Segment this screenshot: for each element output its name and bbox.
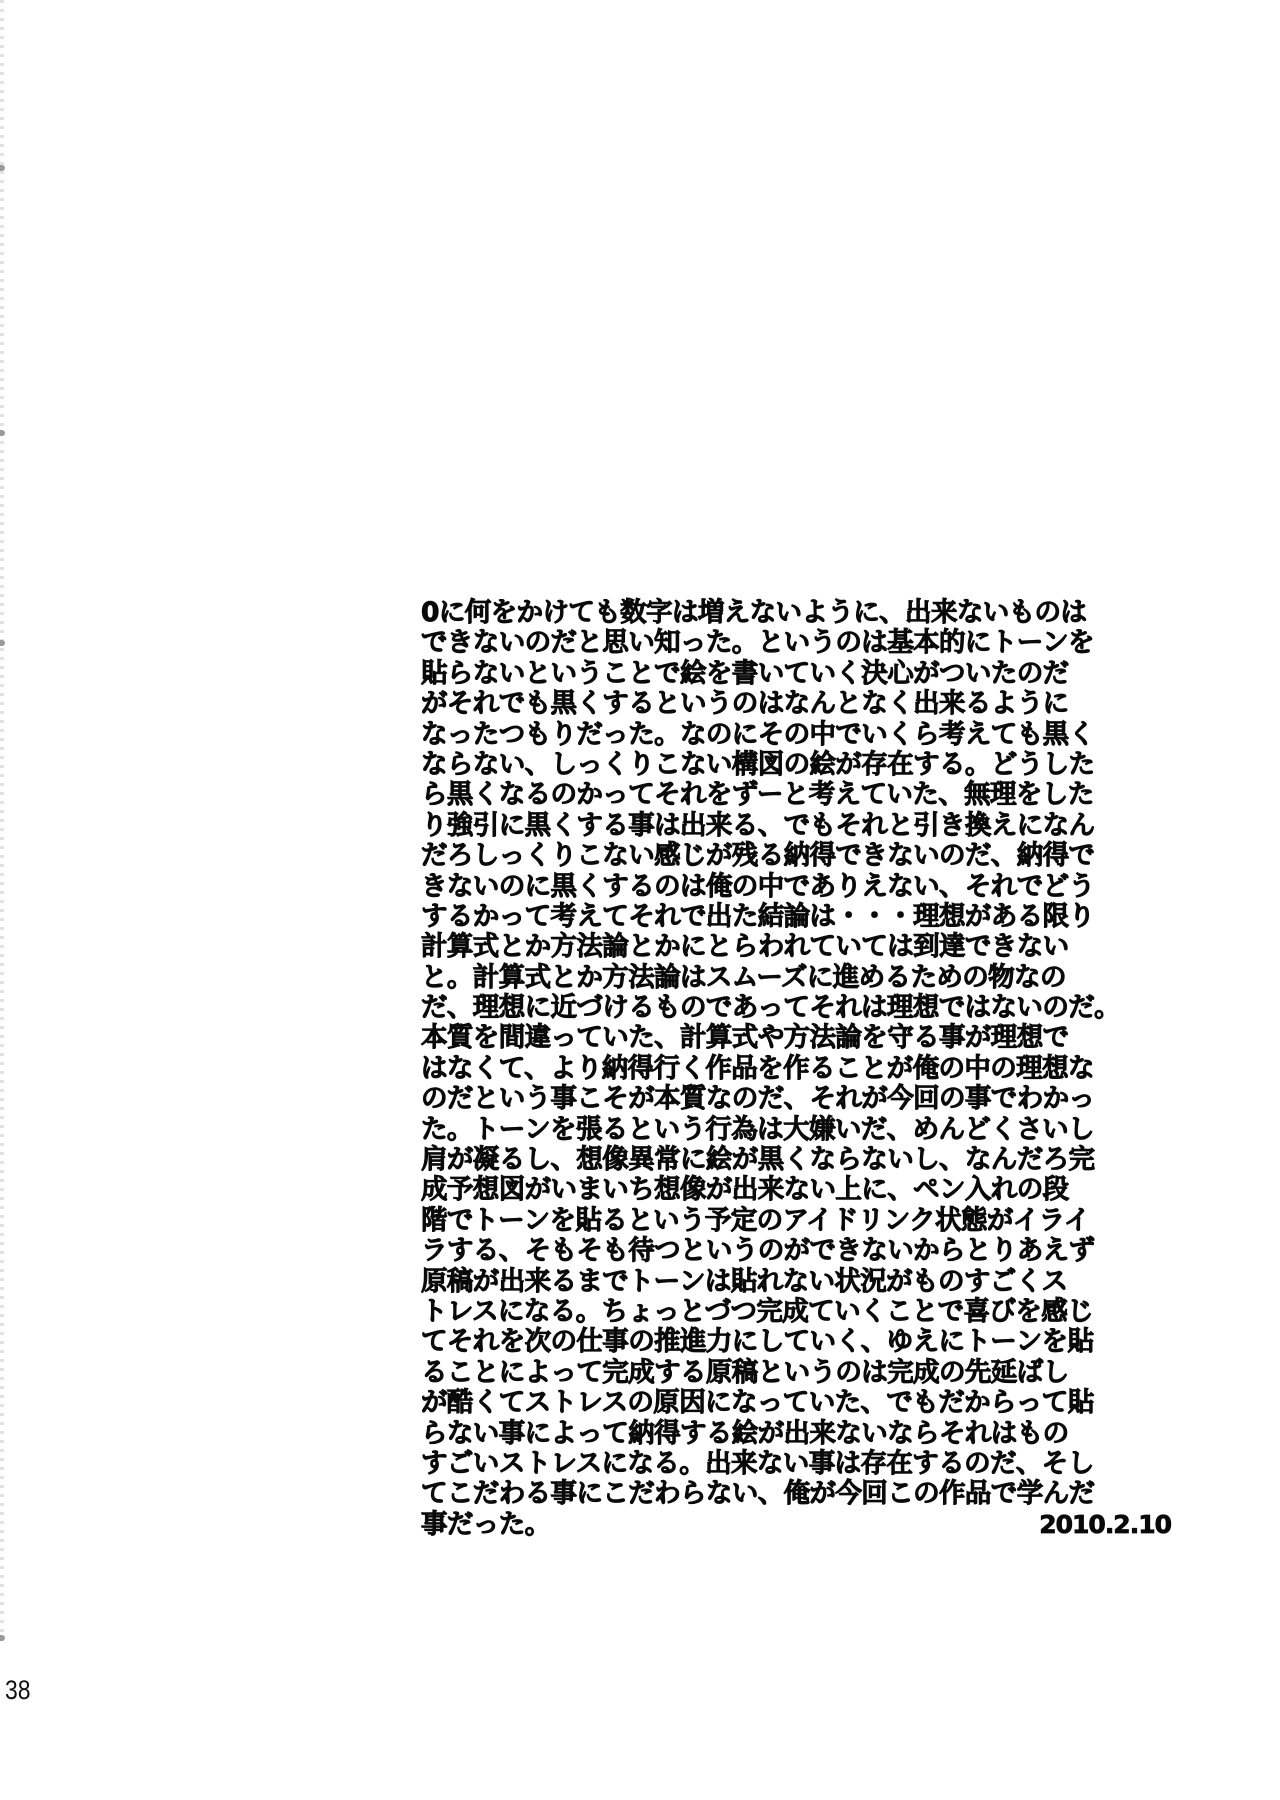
essay-line: のだという事こそが本質なのだ、それが今回の事でわかっ: [421, 1084, 1171, 1114]
binding-mark: [0, 640, 5, 646]
essay-line: が酷くてストレスの原因になっていた、でもだからって貼: [421, 1388, 1171, 1418]
essay-line: するかって考えてそれで出た結論は・・・理想がある限り: [421, 902, 1171, 932]
binding-mark: [0, 1635, 5, 1641]
essay-line: トレスになる。ちょっとづつ完成ていくことで喜びを感じ: [421, 1297, 1171, 1327]
essay-date: 2010.2.10: [1039, 1510, 1171, 1540]
essay-line: すごいストレスになる。出来ない事は存在するのだ、そし: [421, 1449, 1171, 1479]
essay-line: 事だった。: [421, 1509, 551, 1540]
essay-line: がそれでも黒くするというのはなんとなく出来るように: [421, 689, 1171, 719]
essay-line: ら黒くなるのかってそれをずーと考えていた、無理をした: [421, 780, 1171, 810]
essay-line: 本質を間違っていた、計算式や方法論を守る事が理想で: [421, 1023, 1171, 1053]
essay-line: できないのだと思い知った。というのは基本的にトーンを: [421, 628, 1171, 658]
page-binding-edge: [0, 0, 4, 1640]
page-number: 38: [5, 1675, 31, 1706]
essay-line: だ、理想に近づけるものであってそれは理想ではないのだ。: [421, 993, 1171, 1023]
essay-line: 計算式とか方法論とかにとらわれていては到達できない: [421, 932, 1171, 962]
essay-line: なったつもりだった。なのにその中でいくら考えても黒く: [421, 720, 1171, 750]
essay-line: 階でトーンを貼るという予定のアイドリンク状態がイライ: [421, 1206, 1171, 1236]
essay-line: てそれを次の仕事の推進力にしていく、ゆえにトーンを貼: [421, 1327, 1171, 1357]
binding-mark: [0, 430, 5, 436]
essay-line: きないのに黒くするのは俺の中でありえない、それでどう: [421, 872, 1171, 902]
essay-line: ラする、そもそも待つというのができないからとりあえず: [421, 1236, 1171, 1266]
essay-line: はなくて、より納得行く作品を作ることが俺の中の理想な: [421, 1054, 1171, 1084]
essay-line: 貼らないということで絵を書いていく決心がついたのだ: [421, 659, 1171, 689]
essay-line: 肩が凝るし、想像異常に絵が黒くならないし、なんだろ完: [421, 1145, 1171, 1175]
essay-line: と。計算式とか方法論はスムーズに進めるための物なの: [421, 963, 1171, 993]
essay-line: ならない、しっくりこない構図の絵が存在する。どうした: [421, 750, 1171, 780]
essay-line: てこだわる事にこだわらない、俺が今回この作品で学んだ: [421, 1479, 1171, 1509]
essay-line: だろしっくりこない感じが残る納得できないのだ、納得で: [421, 841, 1171, 871]
afterword-essay: 0に何をかけても数字は増えないように、出来ないものは できないのだと思い知った。…: [421, 598, 1171, 1540]
essay-line: た。トーンを張るという行為は大嫌いだ、めんどくさいし: [421, 1115, 1171, 1145]
essay-line: り強引に黒くする事は出来る、でもそれと引き換えになん: [421, 811, 1171, 841]
essay-final-row: 事だった。 2010.2.10: [421, 1510, 1171, 1540]
essay-line: ることによって完成する原稿というのは完成の先延ばし: [421, 1358, 1171, 1388]
essay-line: 原稿が出来るまでトーンは貼れない状況がものすごくス: [421, 1267, 1171, 1297]
essay-line: らない事によって納得する絵が出来ないならそれはもの: [421, 1419, 1171, 1449]
binding-mark: [0, 165, 5, 171]
essay-line: 0に何をかけても数字は増えないように、出来ないものは: [421, 598, 1171, 628]
essay-line: 成予想図がいまいち想像が出来ない上に、ペン入れの段: [421, 1175, 1171, 1205]
